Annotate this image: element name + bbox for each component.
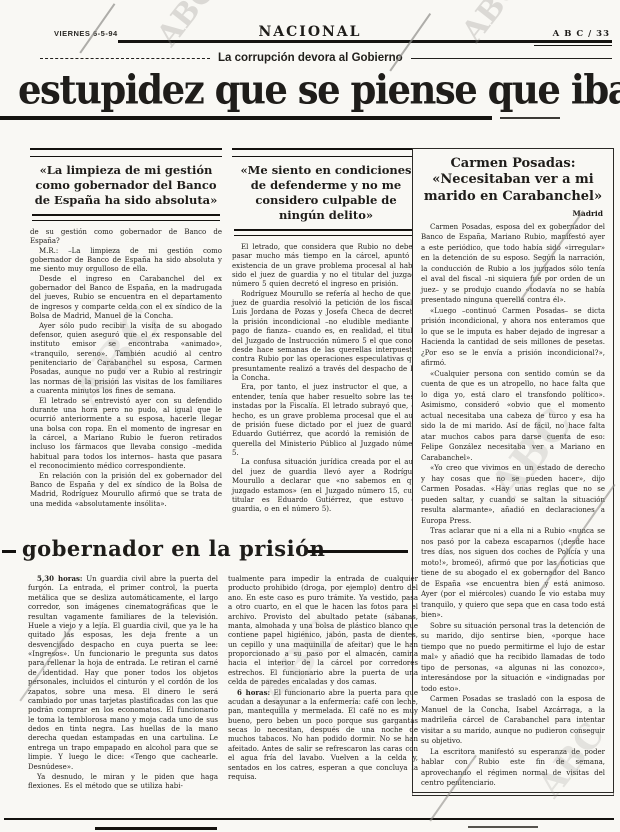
page-bottom-mark (468, 826, 538, 828)
sidebar-body: Carmen Posadas, esposa del ex gobernador… (421, 222, 605, 789)
body-paragraph: Carmen Posadas, esposa del ex gobernador… (421, 222, 605, 306)
body-paragraph: «Yo creo que vivimos en un estado de der… (421, 463, 605, 526)
kicker-dashed-rule (40, 58, 210, 59)
headline-rule-fragment (500, 117, 560, 119)
prison-column-right: tualmente para impedir la entrada de cua… (228, 574, 418, 782)
page-bottom-short-rule (95, 827, 217, 830)
prison-header-title: gobernador en la prisión (22, 536, 325, 561)
body-paragraph: Ya desnudo, le miran y le piden que haga… (28, 772, 218, 792)
column-2: «Me siento en condiciones de defenderme … (232, 148, 420, 515)
masthead-page-number: A B C / 33 (553, 29, 610, 39)
masthead-rule (118, 40, 612, 43)
masthead-rule-right (534, 45, 612, 46)
headline-rule (0, 116, 492, 120)
body-paragraph: de su gestión como gobernador de Banco d… (30, 228, 222, 247)
sidebar-dateline: Madrid (421, 209, 603, 218)
body-paragraph: La escritora manifestó su esperanza de p… (421, 747, 605, 789)
body-paragraph: El letrado, que considera que Rubio no d… (232, 243, 420, 290)
body-paragraph: Ayer sólo pudo recibir la visita de su a… (30, 322, 222, 397)
body-paragraph: Desde el ingreso en Carabanchel del ex g… (30, 275, 222, 322)
column-2-subhead-rule (234, 229, 418, 236)
page-bottom-rule (4, 818, 614, 820)
masthead-section-title: NACIONAL (0, 24, 620, 40)
paragraph-lead: 5,30 horas: (37, 574, 83, 583)
column-1-top-rule (30, 148, 222, 157)
column-2-body: El letrado, que considera que Rubio no d… (232, 243, 420, 515)
body-paragraph: Era, por tanto, el juez instructor el qu… (232, 383, 420, 458)
body-paragraph: En relación con la prisión del ex gobern… (30, 472, 222, 510)
body-paragraph: tualmente para impedir la entrada de cua… (228, 574, 418, 688)
body-paragraph: El letrado se entrevistó ayer con su def… (30, 397, 222, 472)
sidebar-title-name: Carmen Posadas: (421, 156, 605, 172)
column-2-subhead: «Me siento en condiciones de defenderme … (232, 163, 420, 223)
column-1-subhead: «La limpieza de mi gestión como gobernad… (30, 163, 222, 208)
newspaper-page: VIERNES 6-5-94 NACIONAL A B C / 33 La co… (0, 0, 620, 832)
paragraph-text: Ya desnudo, le miran y le piden que haga… (28, 773, 218, 790)
paragraph-lead: 6 horas: (237, 688, 270, 697)
prison-header-left-dash (2, 550, 16, 553)
sidebar-box-carmen-posadas: Carmen Posadas: «Necesitaban ver a mi ma… (412, 148, 614, 796)
body-paragraph: «Luego –continuó Carmen Posadas– se dict… (421, 306, 605, 369)
column-1-body: de su gestión como gobernador de Banco d… (30, 228, 222, 509)
body-paragraph: «Cualquier persona con sentido común se … (421, 369, 605, 464)
body-paragraph: Rodríguez Mourullo se refería al hecho d… (232, 290, 420, 384)
kicker-text: La corrupción devora al Gobierno (210, 52, 411, 64)
prison-header-right-rule (308, 550, 408, 553)
body-paragraph: 5,30 horas: Un guardia civil abre la pue… (28, 574, 218, 772)
main-headline: estupidez que se piense que iba a huir» (18, 68, 518, 112)
column-1: «La limpieza de mi gestión como gobernad… (30, 148, 222, 509)
kicker-row: La corrupción devora al Gobierno (40, 52, 612, 64)
kicker-rule (411, 58, 612, 59)
body-paragraph: M.R.: –La limpieza de mi gestión como go… (30, 247, 222, 275)
column-1-subhead-rule (32, 214, 220, 221)
paragraph-text: Un guardia civil abre la puerta del furg… (28, 575, 218, 771)
prison-column-left: 5,30 horas: Un guardia civil abre la pue… (28, 574, 218, 792)
paragraph-text: El funcionario abre la puerta para que a… (228, 689, 418, 781)
paragraph-text: tualmente para impedir la entrada de cua… (228, 575, 418, 686)
body-paragraph: La confusa situación jurídica creada por… (232, 458, 420, 514)
sidebar-title-quote: «Necesitaban ver a mi marido en Carabanc… (421, 172, 605, 205)
body-paragraph: Tras aclarar que ni a ella ni a Rubio «n… (421, 526, 605, 621)
body-paragraph: Sobre su situación personal tras la dete… (421, 621, 605, 695)
column-2-top-rule (232, 148, 420, 157)
prison-section-header: gobernador en la prisión (0, 536, 420, 566)
body-paragraph: Carmen Posadas se trasladó con la esposa… (421, 694, 605, 747)
body-paragraph: 6 horas: El funcionario abre la puerta p… (228, 688, 418, 783)
